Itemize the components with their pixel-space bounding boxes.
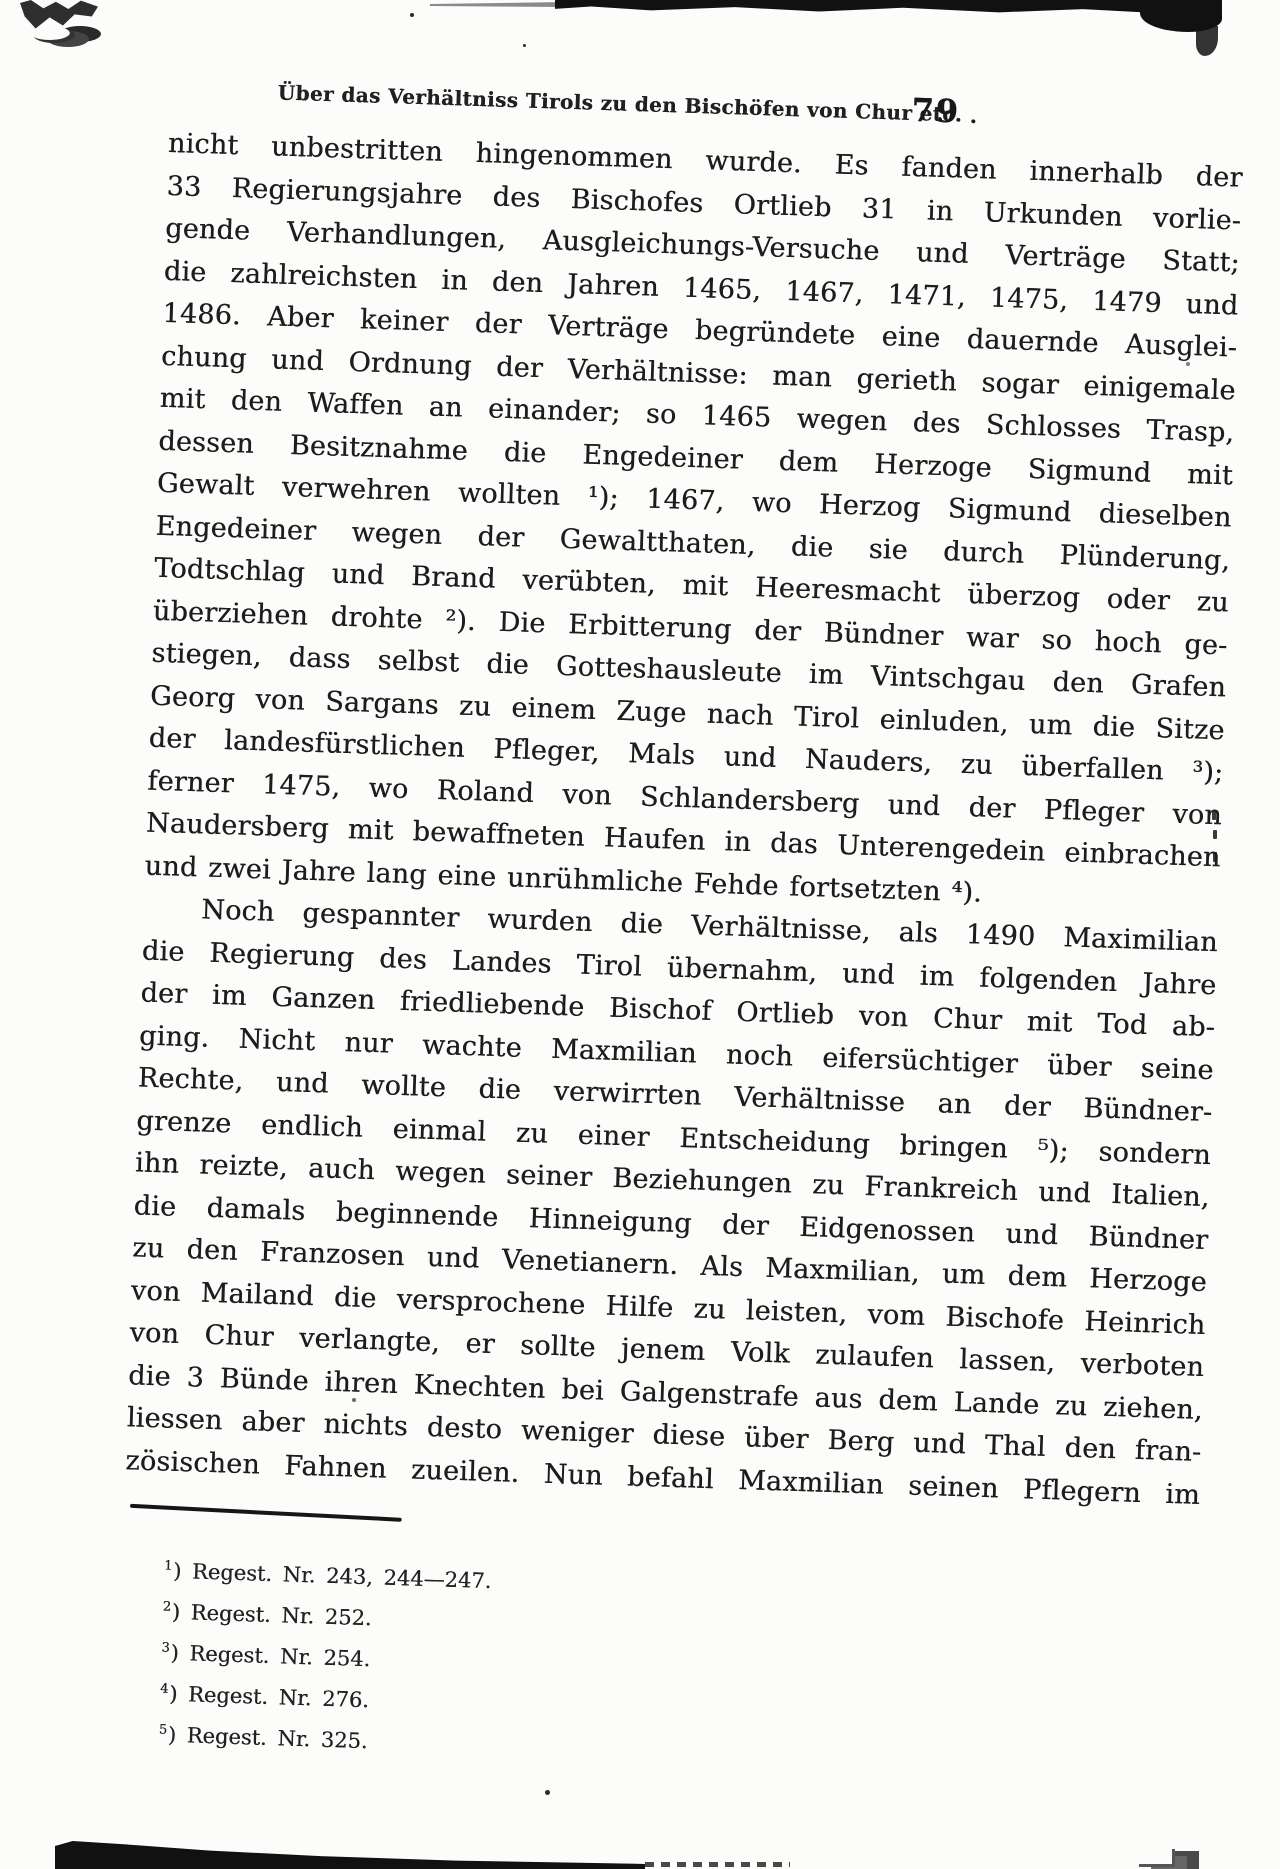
footnotes: 1) Regest. Nr. 243, 244—247.2) Regest. N… xyxy=(158,1546,864,1773)
scan-artifact-top-streak xyxy=(430,2,565,7)
footnote-text: ) Regest. Nr. 254. xyxy=(170,1641,370,1671)
scan-speck xyxy=(545,1790,550,1795)
footnote-marker: 2 xyxy=(163,1600,172,1615)
scanned-page: Über das Verhältniss Tirols zu den Bisch… xyxy=(0,0,1280,1869)
page-number-dot: . xyxy=(969,104,977,128)
footnote-separator xyxy=(130,1504,402,1522)
scan-artifact-top-left-smudge xyxy=(20,0,98,30)
footnote-text: ) Regest. Nr. 325. xyxy=(168,1723,368,1753)
running-head: Über das Verhältniss Tirols zu den Bisch… xyxy=(277,80,877,123)
footnote-marker: 3 xyxy=(161,1641,170,1656)
scan-artifact-top-right-drip xyxy=(1196,26,1218,56)
footnote-marker: 1 xyxy=(164,1559,173,1574)
scan-artifact-bottom-wedge xyxy=(55,1841,645,1869)
footnote-marker: 5 xyxy=(159,1722,168,1737)
scan-artifact-bottom-right-specks xyxy=(1138,1848,1172,1864)
scan-artifact-top-left-specks xyxy=(30,26,70,40)
page-number: 79. xyxy=(911,91,978,131)
scan-artifact-top-band xyxy=(555,0,1155,13)
footnote-text: ) Regest. Nr. 252. xyxy=(172,1600,372,1630)
scan-speck xyxy=(523,44,526,47)
footnote-text: ) Regest. Nr. 276. xyxy=(169,1682,369,1712)
footnote-marker: 4 xyxy=(160,1681,169,1696)
page-content: Über das Verhältniss Tirols zu den Bisch… xyxy=(140,82,1249,118)
scan-artifact-bottom-tail xyxy=(645,1862,790,1867)
scan-speck xyxy=(410,13,414,17)
body-text: nicht unbestritten hingenommen wurde. Es… xyxy=(125,123,1243,1517)
page-number-value: 79 xyxy=(911,91,961,131)
